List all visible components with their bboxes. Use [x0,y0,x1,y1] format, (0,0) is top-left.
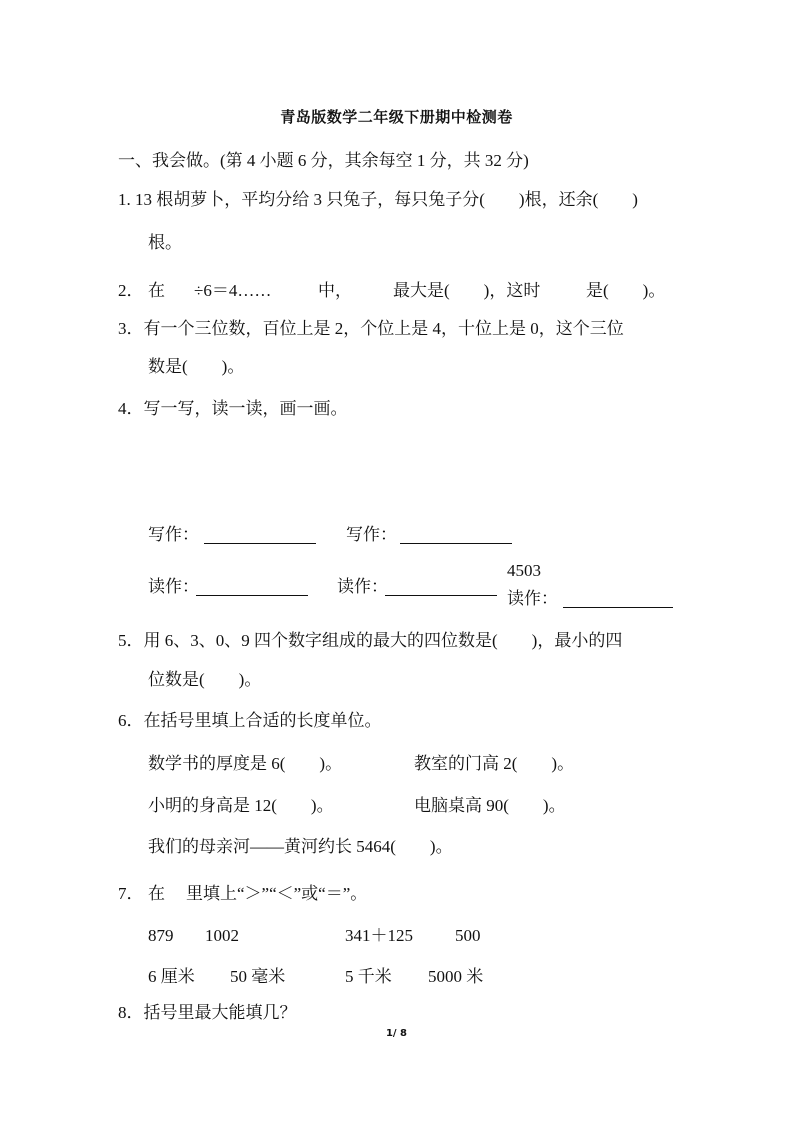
compare-3-left: 6 厘米 [148,966,195,988]
question-8-line-1: 8．括号里最大能填几？ [118,1002,297,1024]
question-1-line-1: 1. 13 根胡萝卜，平均分给 3 只兔子，每只兔子分( )根，还余( ) [118,189,638,211]
write-label-1: 写作： [148,524,199,546]
question-7-text-a: 在 [148,883,165,905]
question-1-line-2: 根。 [148,232,182,254]
question-5-line-1: 5．用 6、3、0、9 四个数字组成的最大的四位数是( )，最小的四 [118,630,622,652]
write-label-2: 写作： [346,524,397,546]
compare-1-right: 1002 [205,925,239,947]
page-title: 青岛版数学二年级下册期中检测卷 [0,106,793,127]
question-6-item-1: 数学书的厚度是 6( )。 [148,753,342,775]
question-2-text-a: 在 [148,280,165,302]
read-label-3: 读作： [507,588,558,610]
compare-4-right: 5000 米 [428,966,483,988]
question-3-line-1: 3．有一个三位数，百位上是 2，个位上是 4，十位上是 0，这个三位 [118,318,624,340]
question-7-text-b: 里填上“＞”“＜”或“＝”。 [186,883,367,905]
question-2-number: 2． [118,280,144,302]
question-2-text-e: 是( )。 [586,280,665,302]
question-6-item-5: 我们的母亲河——黄河约长 5464( )。 [148,836,453,858]
compare-2-right: 500 [455,925,481,947]
write-answer-blank-2[interactable] [400,527,512,544]
number-4503: 4503 [507,560,541,582]
question-6-line-1: 6．在括号里填上合适的长度单位。 [118,710,382,732]
question-2-text-b: ÷6＝4…… [194,280,271,302]
read-answer-blank-2[interactable] [385,579,497,596]
question-6-item-4: 电脑桌高 90( )。 [414,795,566,817]
read-label-2: 读作： [337,576,388,598]
question-7-number: 7． [118,883,144,905]
compare-2-left: 341＋125 [345,925,413,947]
question-2-text-c: 中， [318,280,352,302]
compare-3-right: 50 毫米 [230,966,285,988]
write-answer-blank-1[interactable] [204,527,316,544]
page-number: 1/ 8 [0,1028,793,1039]
question-3-line-2: 数是( )。 [148,356,244,378]
question-5-line-2: 位数是( )。 [148,669,261,691]
question-6-item-2: 教室的门高 2( )。 [414,753,574,775]
read-label-1: 读作： [148,576,199,598]
read-answer-blank-1[interactable] [196,579,308,596]
compare-1-left: 879 [148,925,174,947]
compare-4-left: 5 千米 [345,966,392,988]
question-2-text-d: 最大是( )，这时 [393,280,540,302]
read-answer-blank-3[interactable] [563,591,673,608]
section-heading: 一、我会做。(第 4 小题 6 分，其余每空 1 分，共 32 分) [118,150,529,172]
question-6-item-3: 小明的身高是 12( )。 [148,795,334,817]
question-4-line-1: 4．写一写，读一读，画一画。 [118,398,348,420]
